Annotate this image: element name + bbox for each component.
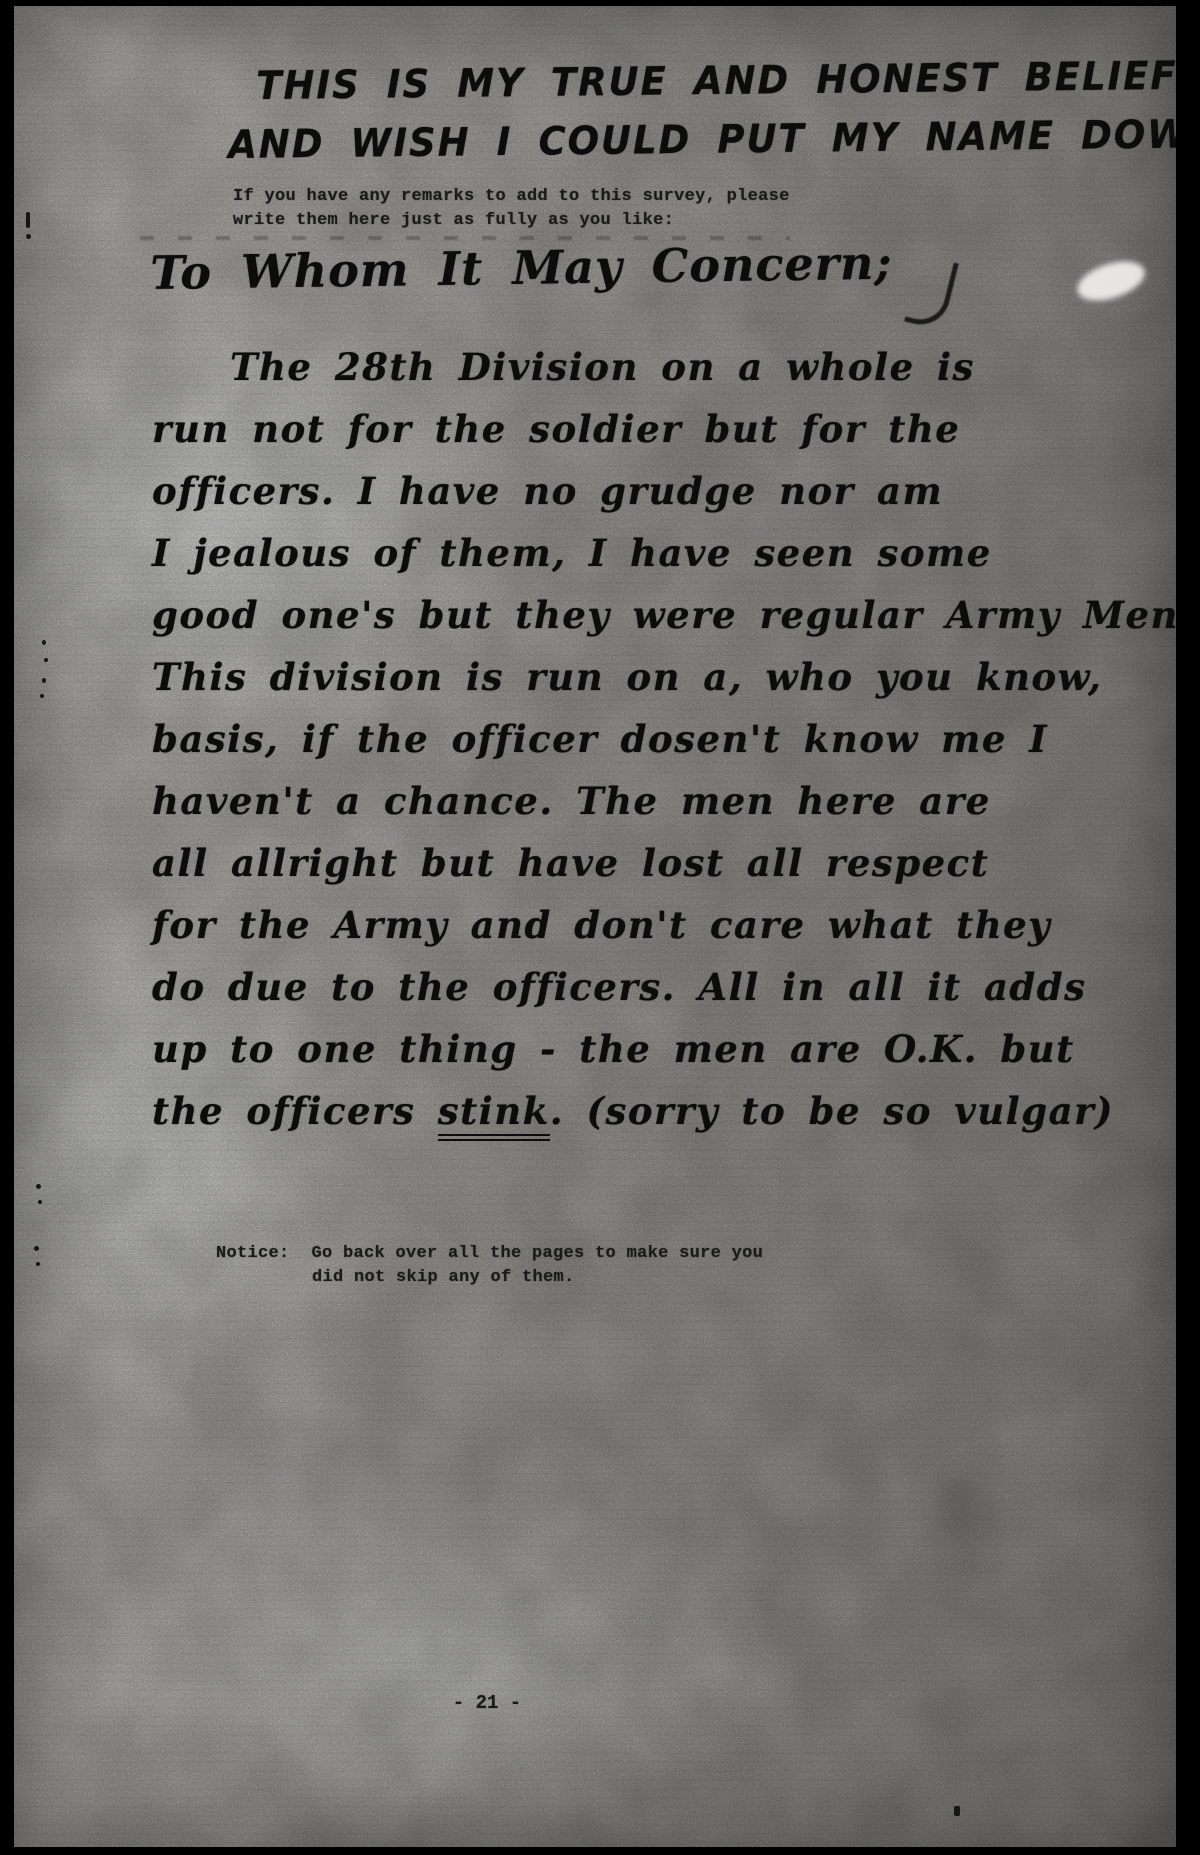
underlined-word: stink <box>438 1089 550 1141</box>
manuscript-line-6: This division is run on a, who you know, <box>152 646 1176 708</box>
scan-speck <box>26 234 31 239</box>
manuscript-line-12: up to one thing - the men are O.K. but <box>152 1018 1176 1080</box>
notice-line2: did not skip any of them. <box>312 1266 763 1290</box>
header-note-line2: AND WISH I COULD PUT MY NAME DOWN. <box>228 112 1176 168</box>
scan-smudge <box>942 1478 976 1536</box>
scan-speck <box>954 1806 960 1816</box>
manuscript-line-9: all allright but have lost all respect <box>152 832 1176 894</box>
scan-speck <box>42 678 46 683</box>
page-number: - 21 - <box>407 1692 567 1714</box>
notice-row1: Notice:Go back over all the pages to mak… <box>216 1242 763 1266</box>
printed-survey-prompt: If you have any remarks to add to this s… <box>233 185 790 233</box>
scan-speck <box>42 640 46 645</box>
scan-speck <box>36 1184 41 1189</box>
manuscript-line-1: The 28th Division on a whole is <box>152 336 1176 398</box>
printed-notice: Notice:Go back over all the pages to mak… <box>216 1242 763 1290</box>
scan-speck <box>34 1246 39 1251</box>
manuscript-line-4: I jealous of them, I have seen some <box>152 522 1176 584</box>
header-note-line1: THIS IS MY TRUE AND HONEST BELIEF <box>256 53 1176 109</box>
manuscript-line-11: do due to the officers. All in all it ad… <box>152 956 1176 1018</box>
scan-speck <box>36 1262 40 1266</box>
handwritten-remarks: The 28th Division on a whole is run not … <box>152 336 1176 1142</box>
manuscript-line-final: the officers stink. (sorry to be so vulg… <box>152 1080 1176 1142</box>
final-line-pre: the officers <box>152 1089 438 1133</box>
final-line-post: . (sorry to be so vulgar) <box>550 1089 1114 1133</box>
notice-label: Notice: <box>216 1244 290 1263</box>
survey-prompt-line1: If you have any remarks to add to this s… <box>233 185 790 209</box>
manuscript-line-2: run not for the soldier but for the <box>152 398 1176 460</box>
scanned-document-page: THIS IS MY TRUE AND HONEST BELIEF AND WI… <box>14 6 1176 1847</box>
survey-prompt-line2: write them here just as fully as you lik… <box>233 209 790 233</box>
scan-glare <box>1072 254 1149 308</box>
scan-speck <box>40 694 44 698</box>
scan-speck <box>44 658 48 662</box>
scan-speck <box>26 212 30 228</box>
manuscript-line-5: good one's but they were regular Army Me… <box>152 584 1176 646</box>
manuscript-line-10: for the Army and don't care what they <box>152 894 1176 956</box>
ink-flourish <box>904 254 959 330</box>
manuscript-line-7: basis, if the officer dosen't know me I <box>152 708 1176 770</box>
notice-line1: Go back over all the pages to make sure … <box>312 1244 764 1263</box>
salutation: To Whom It May Concern; <box>150 236 893 300</box>
scan-speck <box>38 1200 42 1204</box>
handwritten-header-note: THIS IS MY TRUE AND HONEST BELIEF AND WI… <box>228 64 1176 168</box>
manuscript-line-3: officers. I have no grudge nor am <box>152 460 1176 522</box>
manuscript-line-8: haven't a chance. The men here are <box>152 770 1176 832</box>
